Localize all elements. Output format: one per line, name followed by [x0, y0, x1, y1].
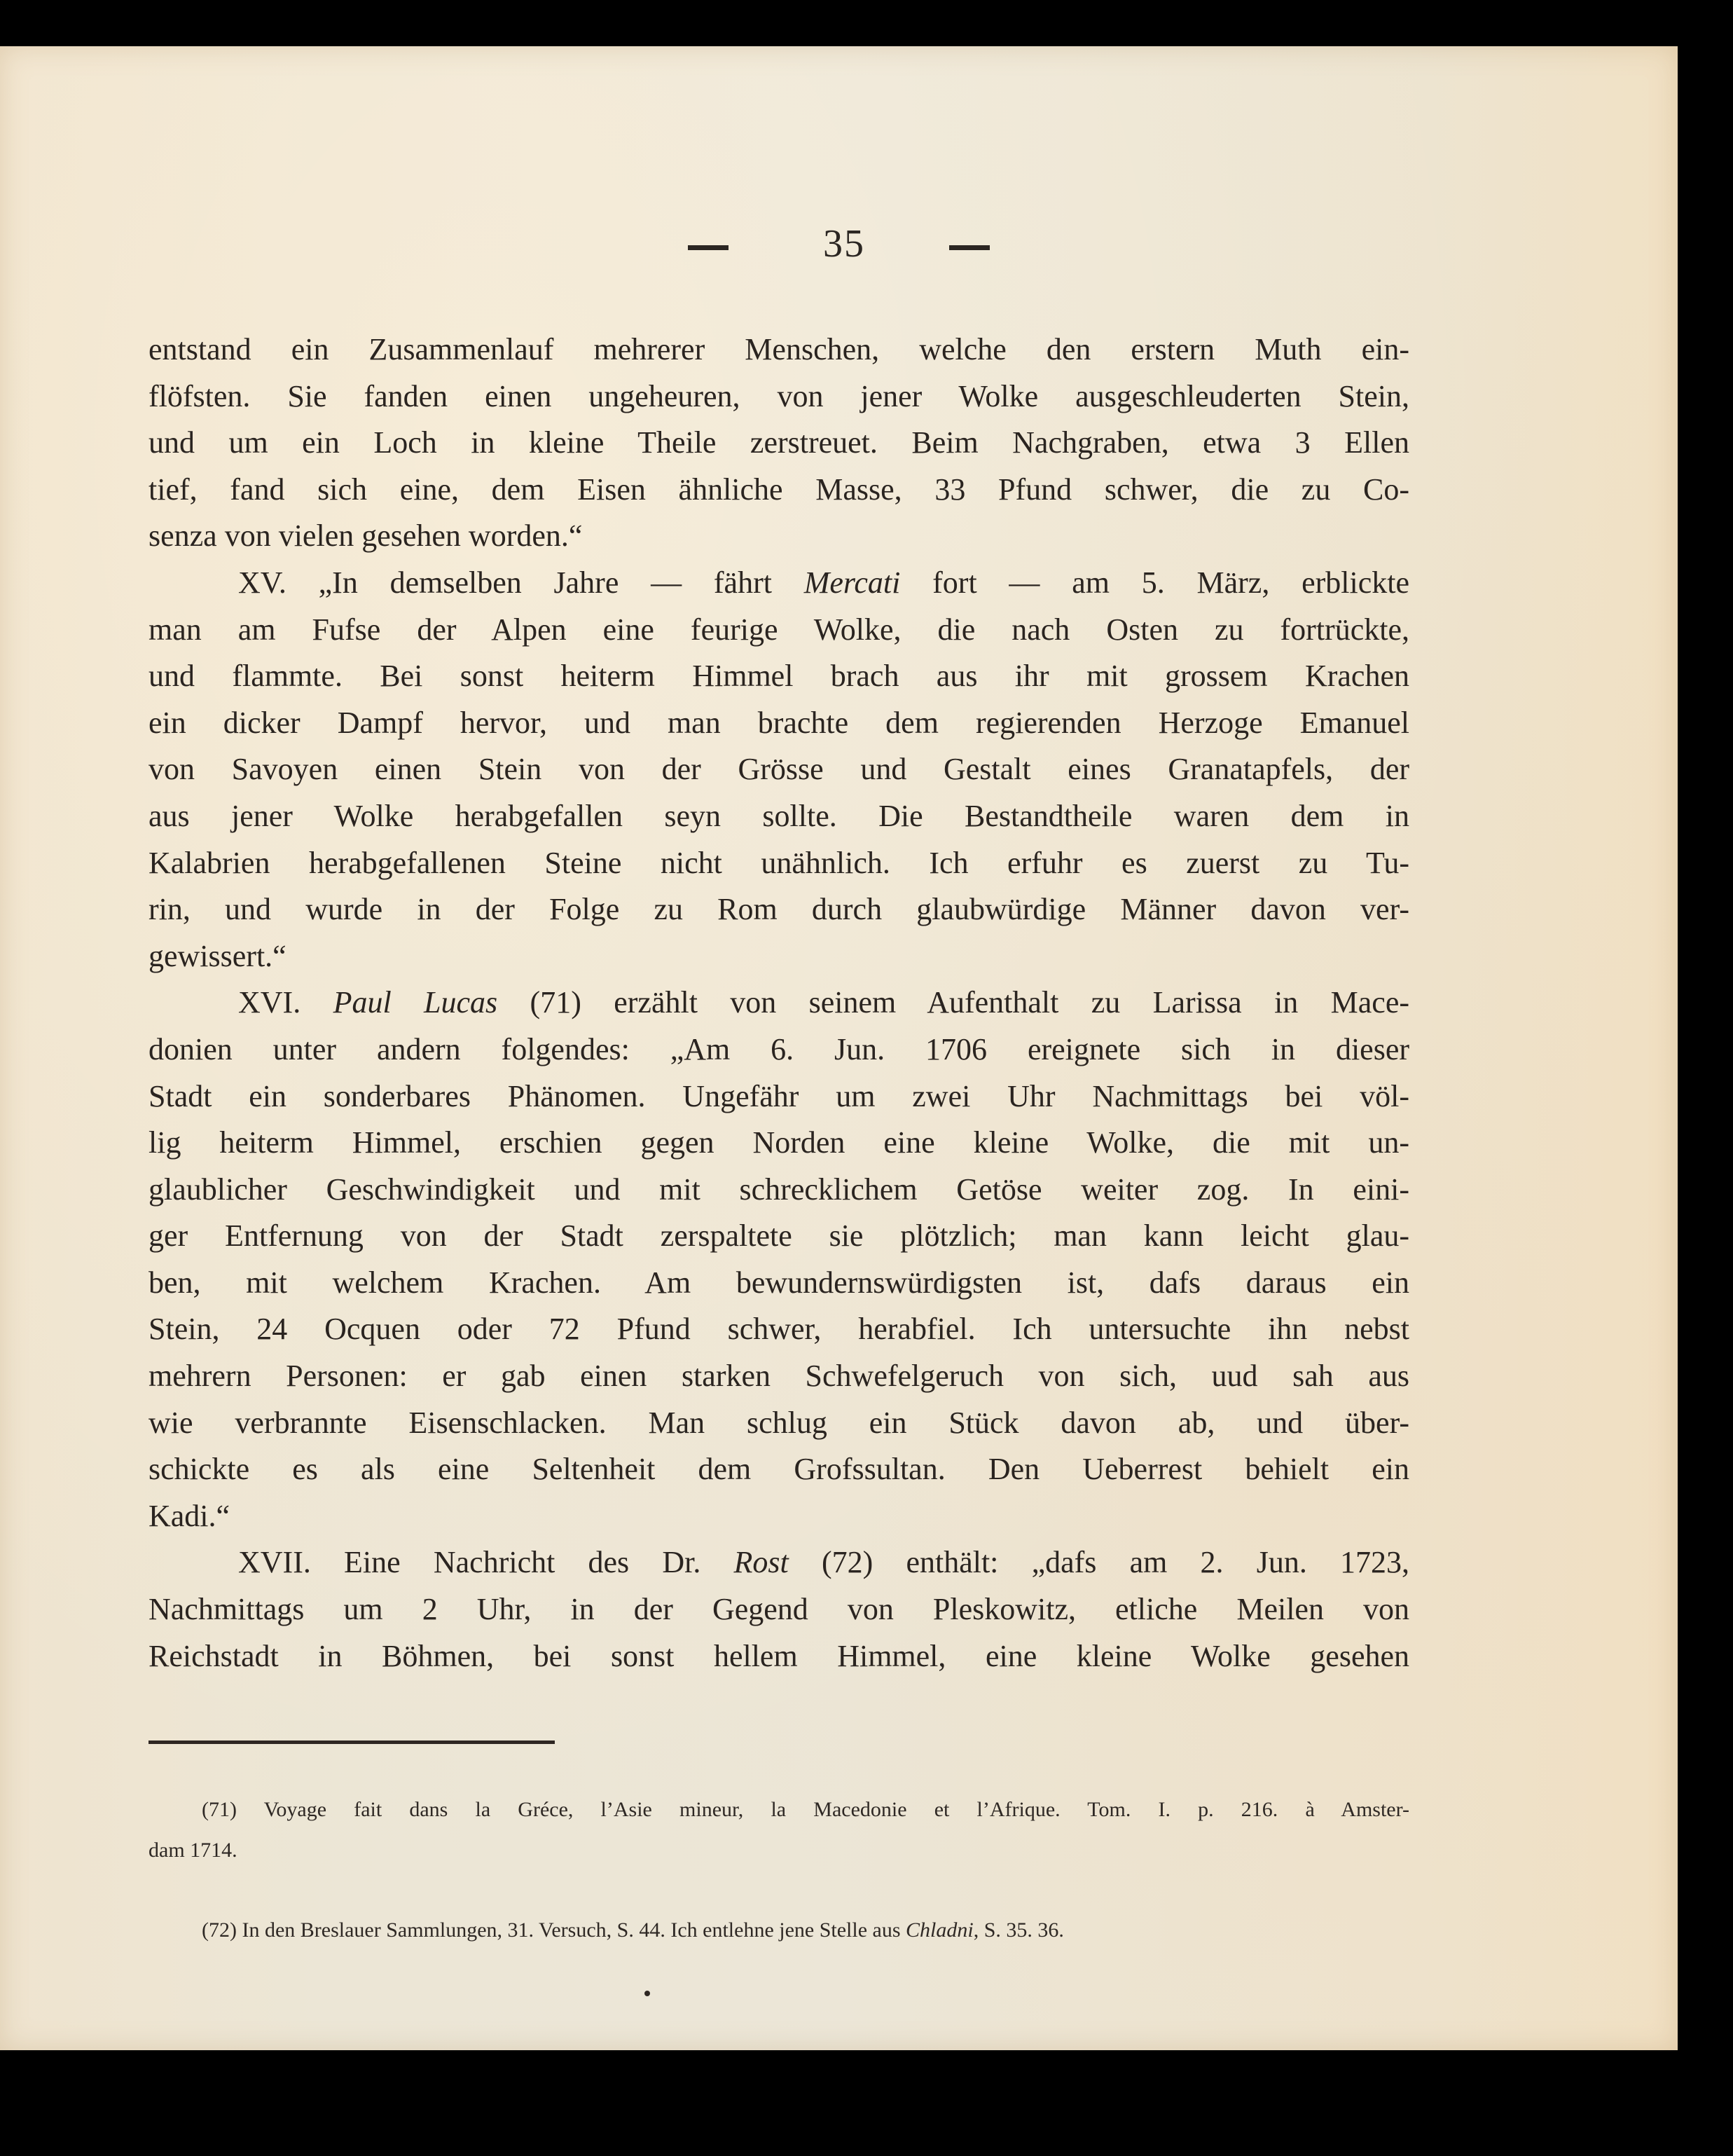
- text-line: man am Fufse der Alpen eine feurige Wolk…: [149, 607, 1409, 654]
- text-line-first: XVI. Paul Lucas (71) erzählt von seinem …: [149, 980, 1409, 1026]
- text-line: ben, mit welchem Krachen. Am bewundernsw…: [149, 1260, 1409, 1307]
- footnote-71: (71) Voyage fait dans la Gréce, l’Asie m…: [149, 1790, 1409, 1871]
- text-line: ein dicker Dampf hervor, und man brachte…: [149, 700, 1409, 747]
- paragraph-xvii: XVII. Eine Nachricht des Dr. Rost (72) e…: [149, 1539, 1409, 1680]
- body-text: entstand ein Zusammenlauf mehrerer Mensc…: [149, 327, 1409, 1680]
- text-line-first: XVII. Eine Nachricht des Dr. Rost (72) e…: [149, 1539, 1409, 1586]
- text-run: enthält: „dafs am 2. Jun. 1723,: [906, 1545, 1409, 1579]
- text-line: glaublicher Geschwindigkeit und mit schr…: [149, 1167, 1409, 1214]
- text-line: mehrern Personen: er gab einen starken S…: [149, 1353, 1409, 1400]
- text-line: und um ein Loch in kleine Theile zerstre…: [149, 420, 1409, 467]
- text-line: gewissert.“: [149, 933, 1409, 980]
- author-name-italic: Chladni: [906, 1918, 974, 1942]
- footnotes: (71) Voyage fait dans la Gréce, l’Asie m…: [149, 1790, 1409, 1990]
- author-name-italic: Mercati: [804, 565, 901, 600]
- text-line: tief, fand sich eine, dem Eisen ähnliche…: [149, 467, 1409, 514]
- section-numeral: XVI.: [238, 985, 301, 1019]
- ink-speck: [644, 1991, 650, 1996]
- page-number: 35: [823, 222, 865, 266]
- header-dash-right: [949, 245, 990, 250]
- text-line: rin, und wurde in der Folge zu Rom durch…: [149, 886, 1409, 933]
- paragraph-xv: XV. „In demselben Jahre — fährt Mercati …: [149, 560, 1409, 980]
- text-line: von Savoyen einen Stein von der Grösse u…: [149, 746, 1409, 793]
- text-line: flöfsten. Sie fanden einen ungeheuren, v…: [149, 373, 1409, 420]
- text-line: Stein, 24 Ocquen oder 72 Pfund schwer, h…: [149, 1306, 1409, 1353]
- text-run: „In demselben Jahre — fährt: [319, 565, 804, 600]
- footnote-marker: (72): [202, 1918, 237, 1942]
- footnote-marker: (71): [202, 1798, 237, 1821]
- footnote-line: dam 1714.: [149, 1830, 1409, 1871]
- text-run: Eine Nachricht des Dr.: [344, 1545, 700, 1579]
- running-head: 35: [0, 221, 1678, 266]
- text-line: Reichstadt in Böhmen, bei sonst hellem H…: [149, 1633, 1409, 1680]
- text-line-first: XV. „In demselben Jahre — fährt Mercati …: [149, 560, 1409, 607]
- text-line: Stadt ein sonderbares Phänomen. Ungefähr…: [149, 1073, 1409, 1120]
- text-line: wie verbrannte Eisenschlacken. Man schlu…: [149, 1400, 1409, 1447]
- footnote-separator-rule: [149, 1740, 555, 1744]
- footnote-text: Voyage fait dans la Gréce, l’Asie mineur…: [264, 1798, 1409, 1821]
- section-numeral: XV.: [238, 565, 286, 600]
- author-name-italic: Paul Lucas: [333, 985, 498, 1019]
- paragraph-continuation: entstand ein Zusammenlauf mehrerer Mensc…: [149, 327, 1409, 560]
- book-page: 35 entstand ein Zusammenlauf mehrerer Me…: [0, 46, 1678, 2050]
- text-line: aus jener Wolke herabgefallen seyn sollt…: [149, 793, 1409, 840]
- footnote-ref[interactable]: (72): [822, 1545, 873, 1579]
- footnote-line: (71) Voyage fait dans la Gréce, l’Asie m…: [149, 1790, 1409, 1830]
- section-numeral: XVII.: [238, 1545, 311, 1579]
- footnote-text: In den Breslauer Sammlungen, 31. Versuch…: [242, 1918, 906, 1942]
- text-line: Nachmittags um 2 Uhr, in der Gegend von …: [149, 1586, 1409, 1633]
- text-line: lig heiterm Himmel, erschien gegen Norde…: [149, 1120, 1409, 1167]
- paragraph-xvi: XVI. Paul Lucas (71) erzählt von seinem …: [149, 980, 1409, 1539]
- text-line: Kadi.“: [149, 1493, 1409, 1540]
- header-dash-left: [688, 245, 729, 250]
- text-line: entstand ein Zusammenlauf mehrerer Mensc…: [149, 327, 1409, 373]
- footnote-ref[interactable]: (71): [530, 985, 581, 1019]
- text-run: fort — am 5. März, erblickte: [900, 565, 1409, 600]
- text-line: schickte es als eine Seltenheit dem Grof…: [149, 1446, 1409, 1493]
- footnote-72: (72) In den Breslauer Sammlungen, 31. Ve…: [149, 1910, 1409, 1951]
- text-line: und flammte. Bei sonst heiterm Himmel br…: [149, 653, 1409, 700]
- author-name-italic: Rost: [734, 1545, 789, 1579]
- text-line: donien unter andern folgendes: „Am 6. Ju…: [149, 1026, 1409, 1073]
- footnote-line: (72) In den Breslauer Sammlungen, 31. Ve…: [149, 1910, 1409, 1951]
- text-line: ger Entfernung von der Stadt zerspaltete…: [149, 1213, 1409, 1260]
- footnote-text: , S. 35. 36.: [974, 1918, 1064, 1942]
- text-line: Kalabrien herabgefallenen Steine nicht u…: [149, 840, 1409, 887]
- text-line: senza von vielen gesehen worden.“: [149, 513, 1409, 560]
- text-run: erzählt von seinem Aufenthalt zu Larissa…: [614, 985, 1409, 1019]
